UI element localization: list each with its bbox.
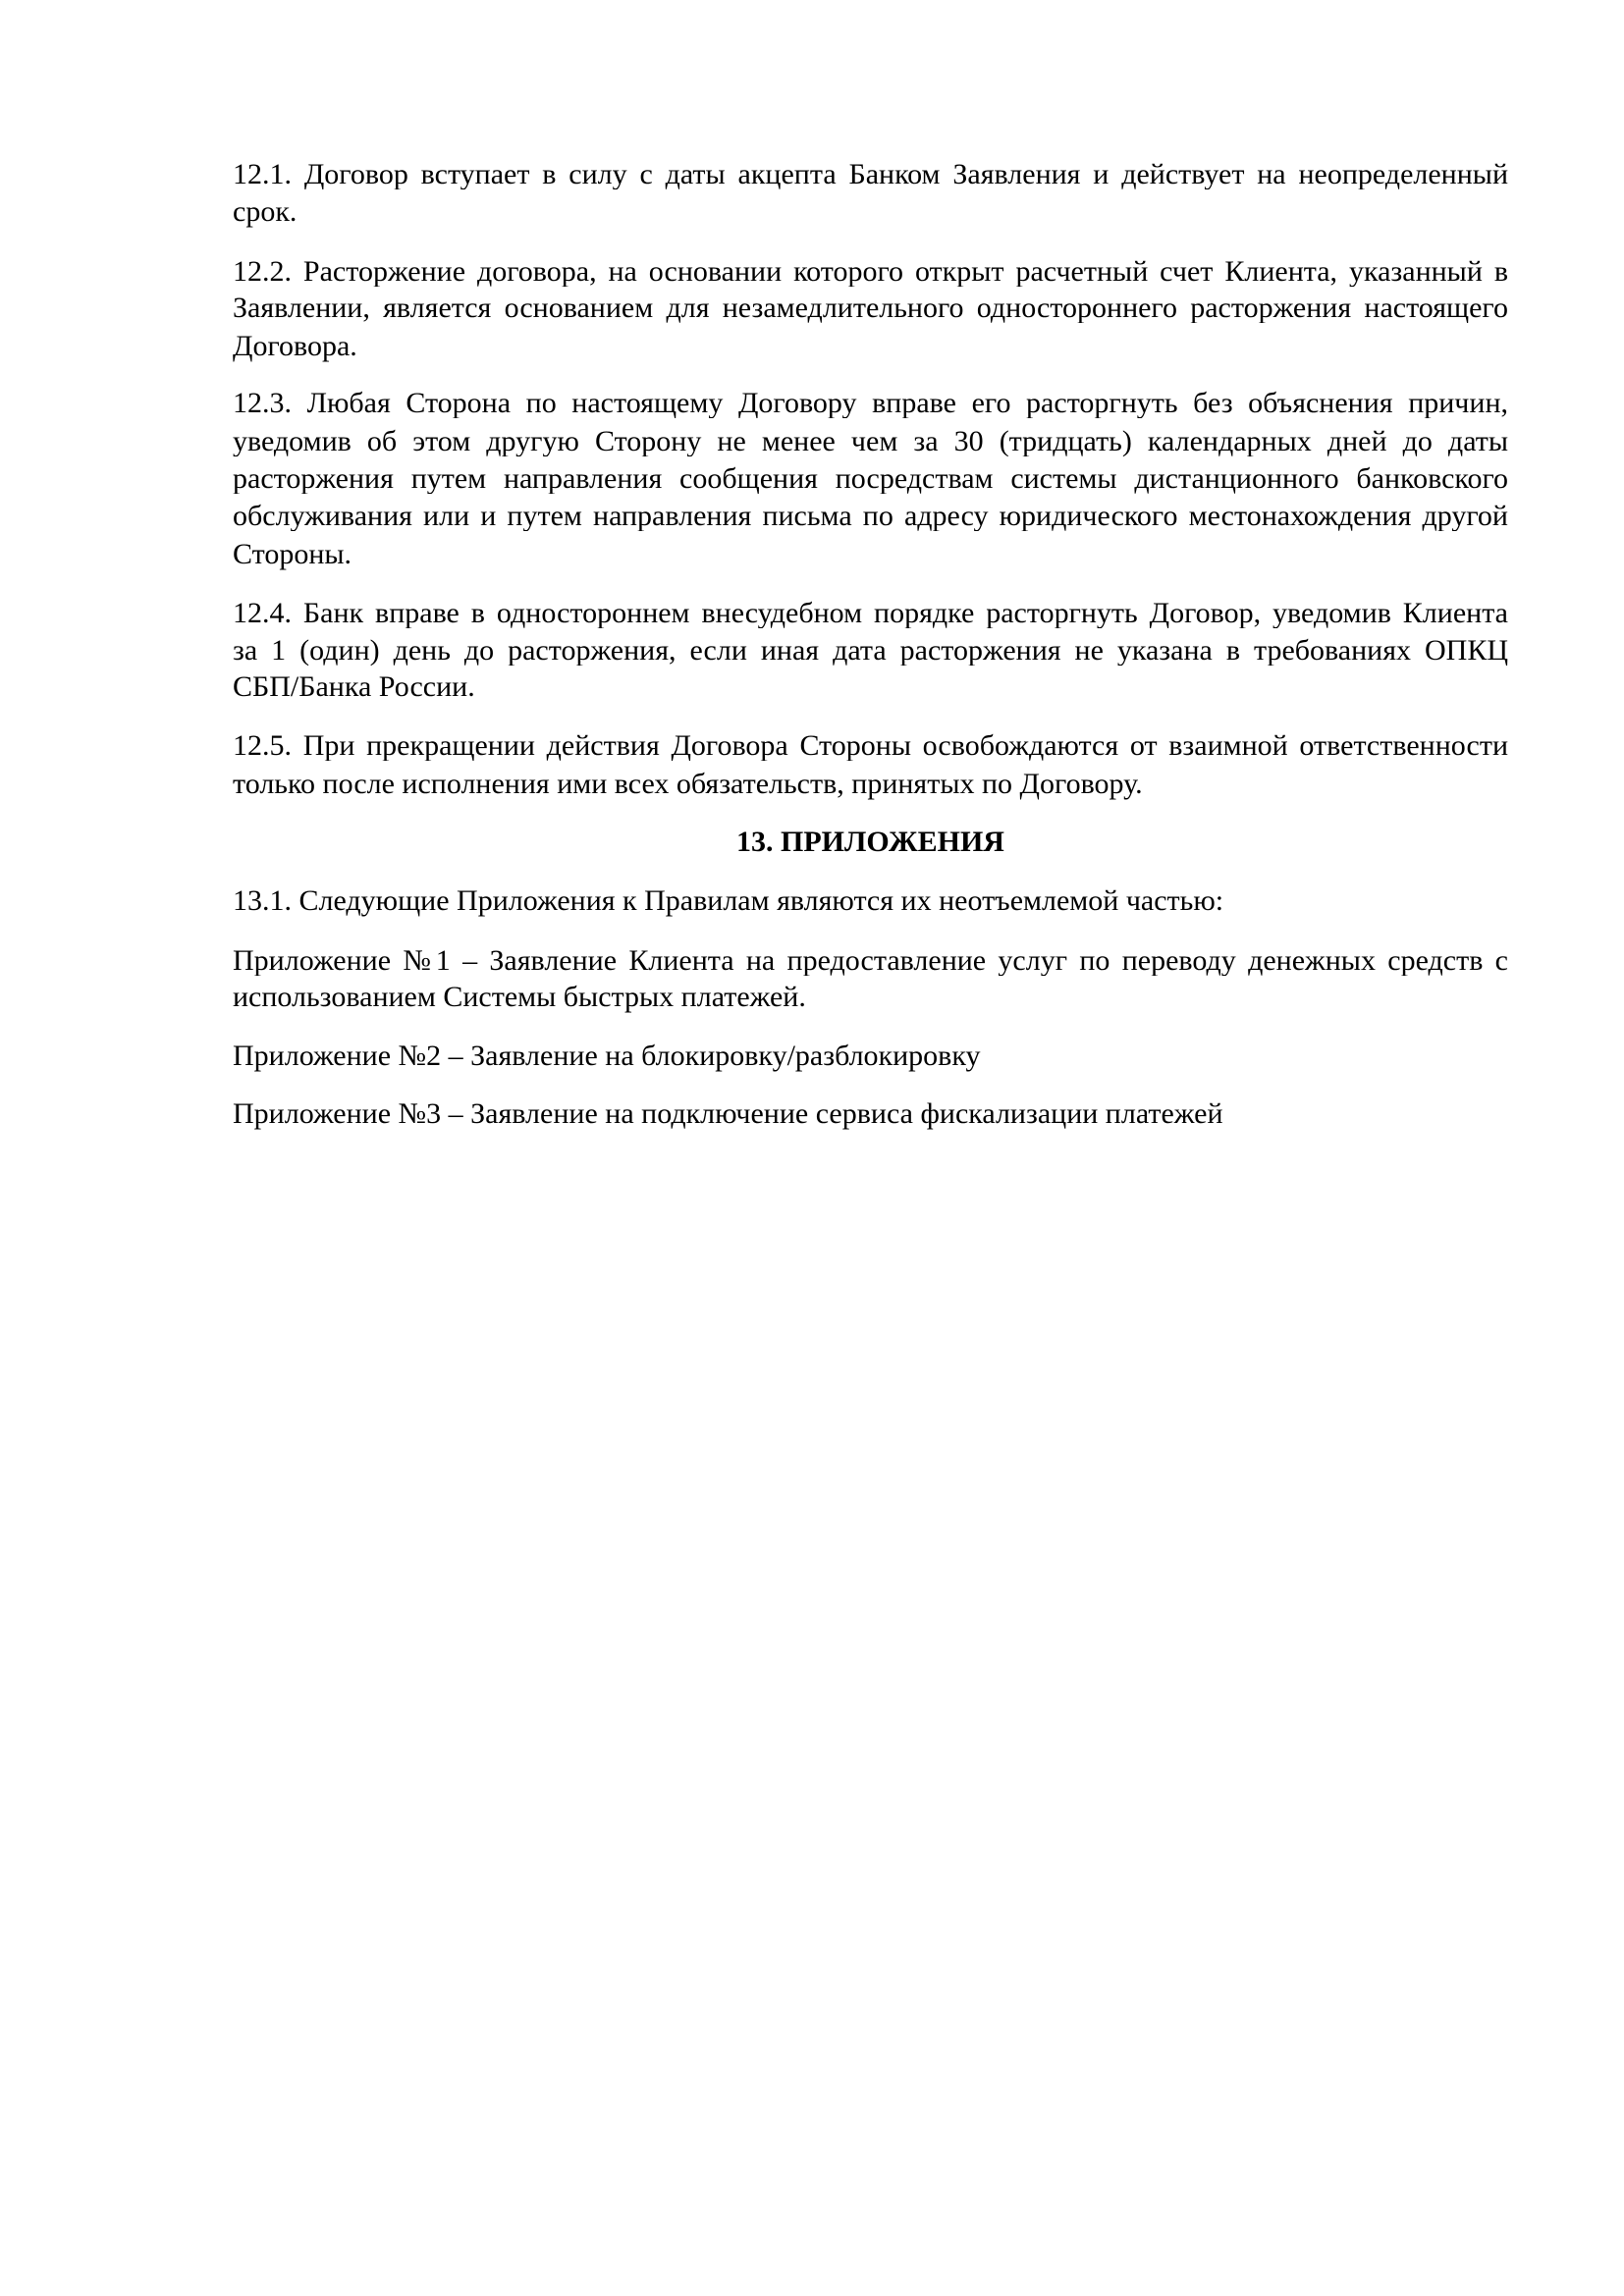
paragraph-12-2-line-2: Заявлении, является основанием для незам… — [233, 294, 1508, 323]
appendix-1-line-1: Приложение №1 – Заявление Клиента на пре… — [233, 946, 1508, 976]
appendix-3: Приложение №3 – Заявление на подключение… — [233, 1099, 1508, 1129]
appendix-2: Приложение №2 – Заявление на блокировку/… — [233, 1041, 1508, 1071]
paragraph-12-1-line-1: 12.1. Договор вступает в силу с даты акц… — [233, 160, 1508, 189]
paragraph-12-1-line-2: срок. — [233, 197, 1508, 227]
paragraph-12-3-line-1: 12.3. Любая Сторона по настоящему Догово… — [233, 389, 1508, 418]
section-intro: 13.1. Следующие Приложения к Правилам яв… — [233, 886, 1508, 916]
paragraph-12-3-line-3: расторжения путем направления сообщения … — [233, 464, 1508, 494]
paragraph-12-5-line-1: 12.5. При прекращении действия Договора … — [233, 731, 1508, 761]
paragraph-12-2-line-3: Договора. — [233, 332, 1508, 361]
paragraph-12-3-line-5: Стороны. — [233, 540, 1508, 569]
paragraph-12-4-line-3: СБП/Банка России. — [233, 672, 1508, 702]
paragraph-12-5-line-2: только после исполнения ими всех обязате… — [233, 770, 1508, 799]
paragraph-12-4-line-2: за 1 (один) день до расторжения, если ин… — [233, 636, 1508, 666]
paragraph-12-3-line-4: обслуживания или и путем направления пис… — [233, 502, 1508, 531]
paragraph-12-3-line-2: уведомив об этом другую Сторону не менее… — [233, 427, 1508, 456]
document-page: 12.1. Договор вступает в силу с даты акц… — [0, 0, 1624, 2296]
paragraph-12-2-line-1: 12.2. Расторжение договора, на основании… — [233, 257, 1508, 287]
section-heading: 13. ПРИЛОЖЕНИЯ — [233, 828, 1508, 857]
appendix-1-line-2: использованием Системы быстрых платежей. — [233, 983, 1508, 1012]
paragraph-12-4-line-1: 12.4. Банк вправе в одностороннем внесуд… — [233, 599, 1508, 628]
